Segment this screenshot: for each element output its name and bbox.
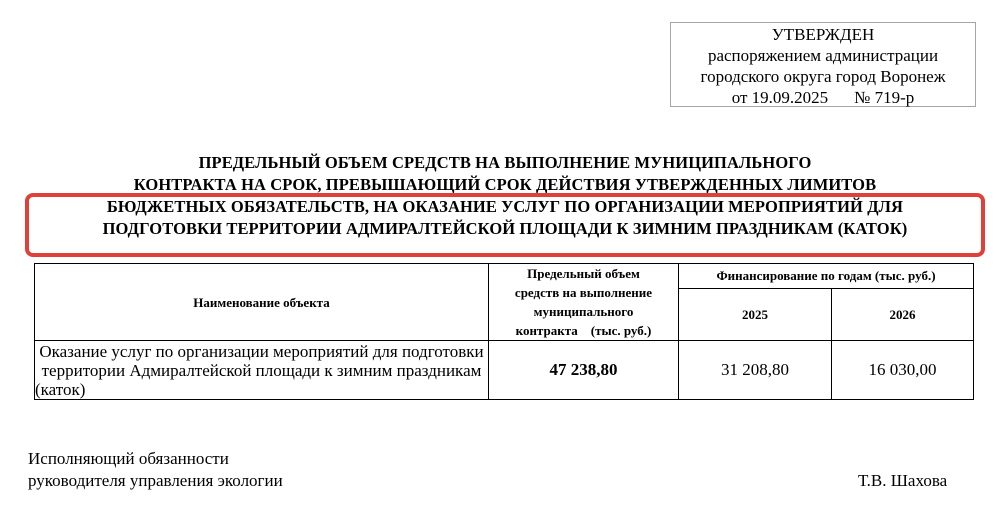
header-limit-line-1: Предельный объем [489, 264, 678, 283]
signer-position: Исполняющий обязанности руководителя упр… [28, 448, 283, 492]
cell-object-name: Оказание услуг по организации мероприяти… [35, 341, 489, 400]
cell-year-2026: 16 030,00 [832, 341, 974, 400]
header-financing-by-year: Финансирование по годам (тыс. руб.) [679, 264, 974, 289]
approval-number: № 719-р [854, 88, 914, 107]
signer-position-line-1: Исполняющий обязанности [28, 448, 283, 470]
document-title-line-1: ПРЕДЕЛЬНЫЙ ОБЪЕМ СРЕДСТВ НА ВЫПОЛНЕНИЕ М… [6, 152, 998, 174]
approval-date: от 19.09.2025 [732, 88, 828, 107]
header-contract-limit: Предельный объем средств на выполнение м… [489, 264, 679, 341]
budget-limits-table: Наименование объекта Предельный объем ср… [34, 263, 974, 400]
header-limit-line-4: контракта (тыс. руб.) [489, 321, 678, 340]
header-limit-line-3: муниципального [489, 302, 678, 321]
approval-heading: УТВЕРЖДЕН [671, 24, 975, 45]
approval-municipality: городского округа город Воронеж [671, 66, 975, 87]
cell-contract-limit: 47 238,80 [489, 341, 679, 400]
header-limit-line-2: средств на выполнение [489, 283, 678, 302]
table-row: Оказание услуг по организации мероприяти… [35, 341, 974, 400]
header-object-name: Наименование объекта [35, 264, 489, 341]
document-title-line-2: КОНТРАКТА НА СРОК, ПРЕВЫШАЮЩИЙ СРОК ДЕЙС… [6, 174, 998, 196]
signer-position-line-2: руководителя управления экологии [28, 470, 283, 492]
approval-authority: распоряжением администрации [671, 45, 975, 66]
cell-year-2025: 31 208,80 [679, 341, 832, 400]
signer-name: Т.В. Шахова [858, 470, 947, 492]
header-year-2025: 2025 [679, 288, 832, 340]
approval-stamp: УТВЕРЖДЕН распоряжением администрации го… [670, 22, 976, 107]
document-title-line-4: ПОДГОТОВКИ ТЕРРИТОРИИ АДМИРАЛТЕЙСКОЙ ПЛО… [6, 218, 998, 240]
approval-date-number: от 19.09.2025№ 719-р [671, 87, 975, 108]
header-year-2026: 2026 [832, 288, 974, 340]
document-title-line-3: БЮДЖЕТНЫХ ОБЯЗАТЕЛЬСТВ, НА ОКАЗАНИЕ УСЛУ… [6, 196, 998, 218]
table-header-row: Наименование объекта Предельный объем ср… [35, 264, 974, 289]
